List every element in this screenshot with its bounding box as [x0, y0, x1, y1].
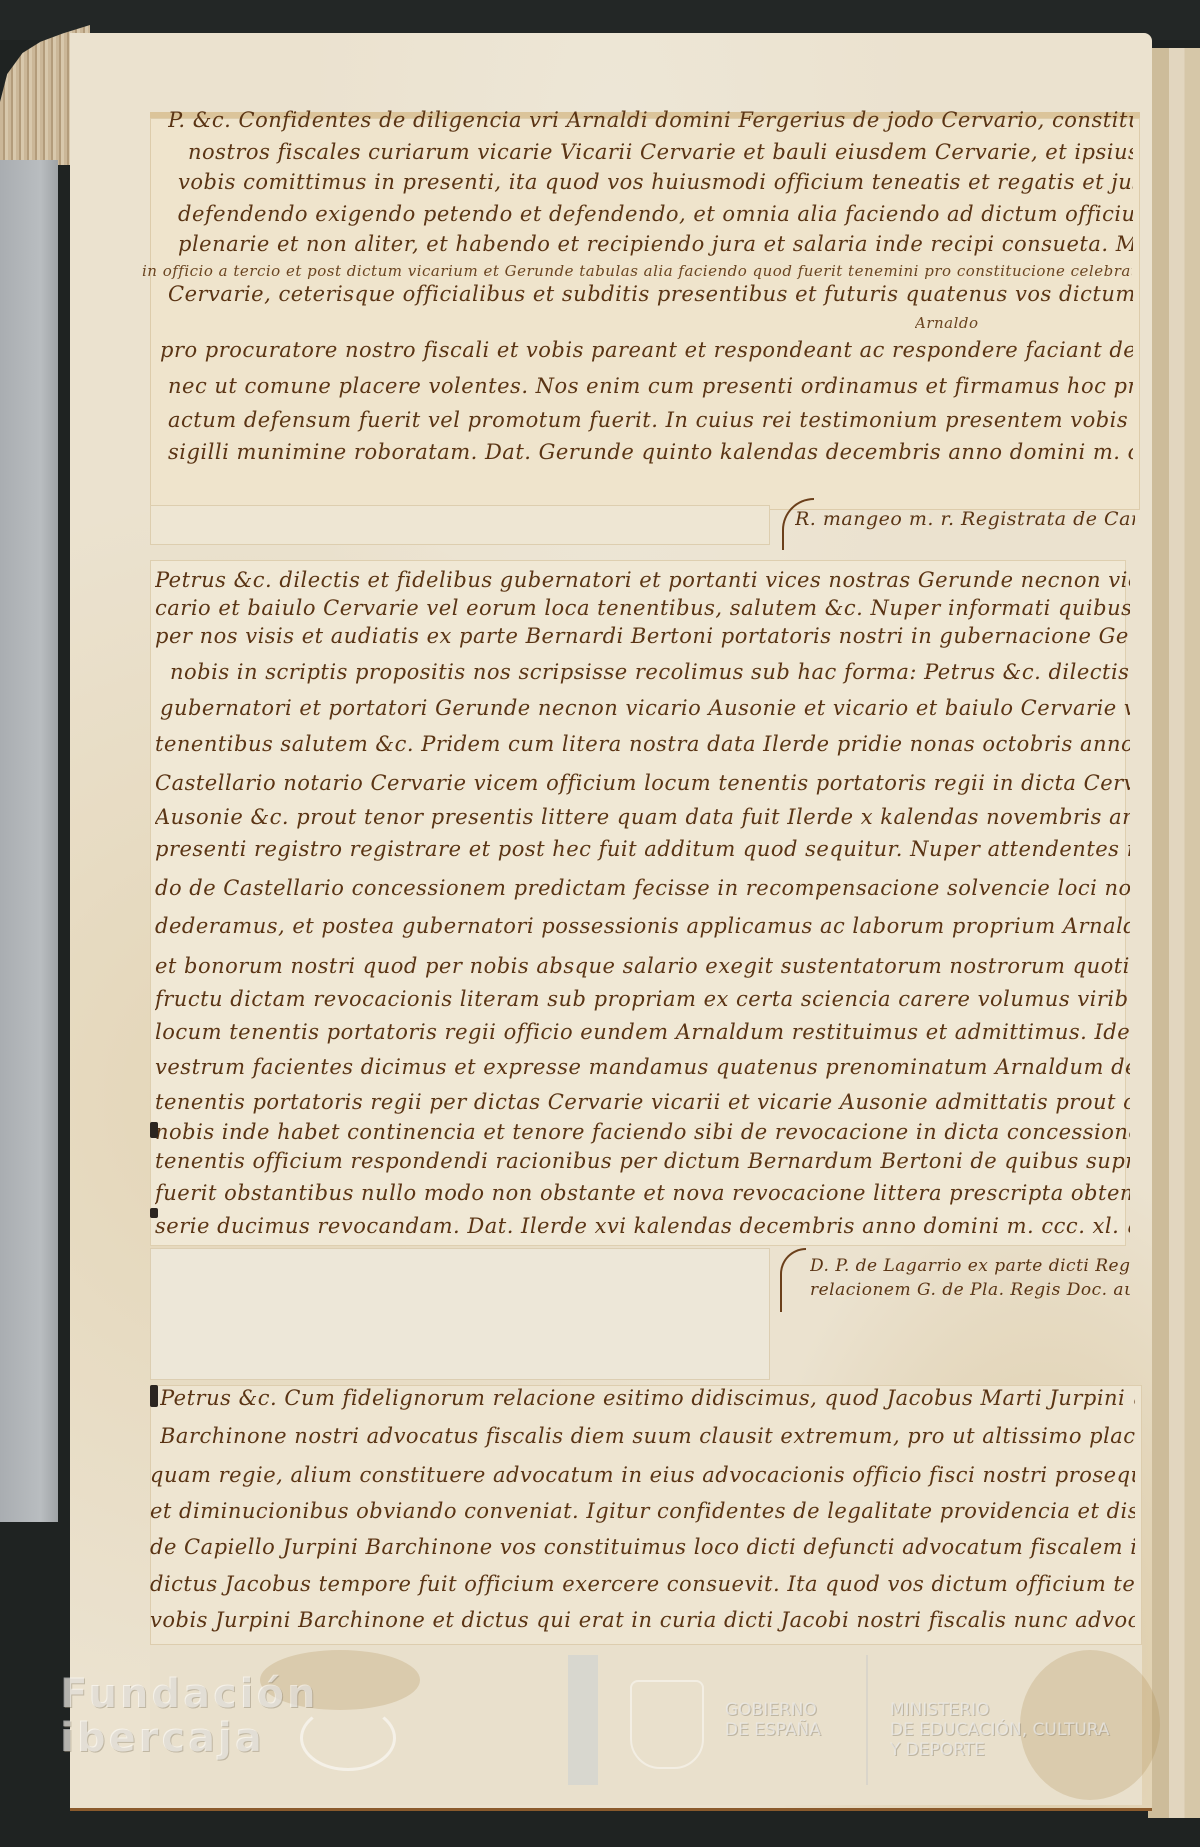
section3-line: dictus Jacobus tempore fuit officium exe… — [150, 1572, 1135, 1596]
section1-line: vobis comittimus in presenti, ita quod v… — [178, 170, 1133, 194]
audit-signature-line: D. P. de Lagarrio ex parte dicti Regis d… — [810, 1256, 1130, 1276]
audit-signature-line: relacionem G. de Pla. Regis Doc. auditor… — [810, 1280, 1130, 1300]
interlinear-insertion: in officio a tercio et post dictum vicar… — [142, 262, 1132, 280]
section3-line: Petrus &c. Cum fidelignorum relacione es… — [160, 1386, 1135, 1410]
section2-line: per nos visis et audiatis ex parte Berna… — [155, 624, 1130, 648]
spain-coat-of-arms-icon — [630, 1680, 704, 1769]
section2-line: serie ducimus revocandam. Dat. Ilerde xv… — [155, 1214, 1130, 1238]
section2-line: tenentis officium respondendi racionibus… — [155, 1149, 1130, 1173]
section1-line: actum defensum fuerit vel promotum fueri… — [168, 408, 1133, 432]
watermark-text: ibercaja — [60, 1716, 318, 1760]
watermark-text: GOBIERNO — [725, 1700, 821, 1720]
section2-line: nobis in scriptis propositis nos scripsi… — [170, 660, 1130, 684]
section1-line: plenarie et non aliter, et habendo et re… — [178, 232, 1133, 256]
section1-line: defendendo exigendo petendo et defendend… — [178, 202, 1133, 226]
watermark-text: MINISTERIO — [890, 1700, 1110, 1720]
section2-line: et bonorum nostri quod per nobis absque … — [155, 954, 1130, 978]
section1-line: sigilli munimine roboratam. Dat. Gerunde… — [168, 440, 1133, 464]
section1-line: Cervarie, ceterisque officialibus et sub… — [168, 282, 1133, 306]
watermark-text: Y DEPORTE — [890, 1740, 1110, 1760]
section2-line: tenentibus salutem &c. Pridem cum litera… — [155, 732, 1130, 756]
section2-line: dederamus, et postea gubernatori possess… — [155, 914, 1130, 938]
watermark-text: DE ESPAÑA — [725, 1720, 821, 1740]
section1-line: P. &c. Confidentes de diligencia vri Arn… — [168, 108, 1133, 132]
section2-line: fructu dictam revocacionis literam sub p… — [155, 987, 1130, 1011]
ibercaja-logo-icon — [300, 1705, 396, 1771]
marginal-arnaldo: Arnaldo — [915, 314, 979, 332]
watermark-text: DE EDUCACIÓN, CULTURA — [890, 1720, 1110, 1740]
section2-line: gubernatori et portatori Gerunde necnon … — [160, 696, 1130, 720]
ink-blot — [150, 1385, 158, 1407]
section3-line: Barchinone nostri advocatus fiscalis die… — [160, 1424, 1135, 1448]
section2-line: tenentis portatoris regii per dictas Cer… — [155, 1090, 1130, 1114]
section3-line: quam regie, alium constituere advocatum … — [150, 1463, 1135, 1487]
section2-line: Castellario notario Cervarie vicem offic… — [155, 771, 1130, 795]
section2-line: cario et baiulo Cervarie vel eorum loca … — [155, 596, 1130, 620]
watermark-divider — [866, 1655, 868, 1785]
section2-line: fuerit obstantibus nullo modo non obstan… — [155, 1181, 1130, 1205]
spain-flag-stripe-icon — [568, 1655, 598, 1785]
section2-line: presenti registro registrare et post hec… — [155, 837, 1130, 861]
section3-line: vobis Jurpini Barchinone et dictus qui e… — [150, 1608, 1135, 1632]
adjacent-page-edge — [1148, 48, 1200, 1818]
section1-line: nec ut comune placere volentes. Nos enim… — [168, 374, 1133, 398]
section-2-blank-strip — [150, 1248, 770, 1380]
ink-blot — [150, 1122, 158, 1138]
section1-line: pro procuratore nostro fiscali et vobis … — [160, 338, 1133, 362]
section-1-blank-strip — [150, 505, 770, 545]
gray-support-card — [0, 160, 58, 1522]
registration-signature: R. mangeo m. r. Registrata de Cancell. — [795, 508, 1135, 530]
section1-line: nostros fiscales curiarum vicarie Vicari… — [188, 140, 1133, 164]
section2-line: locum tenentis portatoris regii officio … — [155, 1020, 1130, 1044]
section2-line: do de Castellario concessionem predictam… — [155, 876, 1130, 900]
section2-line: nobis inde habet continencia et tenore f… — [155, 1120, 1130, 1144]
ink-blot — [150, 1208, 158, 1218]
section3-line: de Capiello Jurpini Barchinone vos const… — [150, 1535, 1135, 1559]
ministerio-watermark: MINISTERIO DE EDUCACIÓN, CULTURA Y DEPOR… — [890, 1700, 1110, 1760]
section2-line: Petrus &c. dilectis et fidelibus guberna… — [155, 568, 1130, 592]
section2-line: vestrum facientes dicimus et expresse ma… — [155, 1055, 1130, 1079]
gobierno-espana-watermark: GOBIERNO DE ESPAÑA — [725, 1700, 821, 1740]
section3-line: et diminucionibus obviando conveniat. Ig… — [150, 1499, 1135, 1523]
watermark-text: Fundación — [60, 1672, 318, 1716]
fundacion-ibercaja-watermark: Fundación ibercaja — [60, 1672, 318, 1760]
section2-line: Ausonie &c. prout tenor presentis litter… — [155, 805, 1130, 829]
